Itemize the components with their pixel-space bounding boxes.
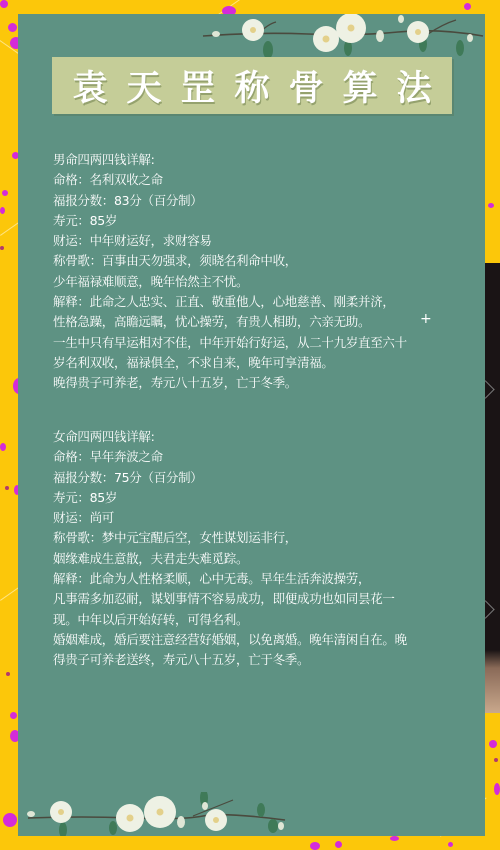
fate-type: 命格：早年奔波之命 [53, 447, 407, 467]
decor-dot [6, 672, 10, 676]
decor-dot [10, 712, 17, 719]
title-banner: 袁天罡称骨算法 [52, 57, 452, 114]
fate-type: 命格：名利双收之命 [53, 170, 407, 190]
decor-dot [494, 783, 500, 795]
explanation-line: 解释：此命之人忠实、正直、敬重他人，心地慈善、刚柔并济， [53, 292, 407, 312]
explanation-line: 解释：此命为人性格柔顺，心中无毒。早年生活奔波操劳， [53, 569, 407, 589]
explanation-line: 晚得贵子可养老，寿元八十五岁，亡于冬季。 [53, 373, 407, 393]
decor-dot [2, 190, 8, 196]
page-title: 袁天罡称骨算法 [53, 61, 450, 111]
wealth: 财运：中年财运好，求财容易 [53, 231, 407, 251]
explanation-line: 得贵子可养老送终，寿元八十五岁，亡于冬季。 [53, 650, 407, 670]
explanation-line: 婚姻难成，婚后要注意经营好婚姻，以免离婚。晚年清闲自在。晚 [53, 630, 407, 650]
explanation-line: 一生中只有早运相对不佳，中年开始行好运，从二十九岁直至六十 [53, 333, 407, 353]
wealth: 财运：尚可 [53, 508, 407, 528]
decor-dot [3, 813, 17, 827]
explanation-line: 性格急躁，高瞻远瞩，忧心操劳，有贵人相助，六亲无助。 [53, 312, 407, 332]
background-photo-strip [485, 263, 500, 713]
lifespan: 寿元：85岁 [53, 488, 407, 508]
decor-dot [489, 740, 497, 748]
poem-line-1: 称骨歌：百事由天勿强求，须晓名利命中收， [53, 251, 407, 271]
section-heading: 男命四两四钱详解: [53, 150, 407, 170]
poem-line-1: 称骨歌：梦中元宝醒后空，女性谋划运非行， [53, 528, 407, 548]
male-reading-section: 男命四两四钱详解: 命格：名利双收之命 福报分数：83分（百分制） 寿元：85岁… [53, 150, 407, 394]
flower-branch-icon [23, 792, 293, 836]
explanation-line: 现。中年以后开始好转，可得名利。 [53, 610, 407, 630]
decor-dot [5, 486, 9, 490]
decor-dot [310, 842, 320, 850]
decor-dot [8, 23, 17, 32]
decor-dot [448, 842, 453, 847]
decor-dot [494, 758, 498, 762]
decor-dot [0, 246, 4, 250]
decor-dot [335, 841, 342, 848]
decor-dot [488, 203, 494, 208]
content-panel: 袁天罡称骨算法 男命四两四钱详解: 命格：名利双收之命 福报分数：83分（百分制… [18, 14, 485, 836]
fortune-score: 福报分数：83分（百分制） [53, 191, 407, 211]
section-heading: 女命四两四钱详解: [53, 427, 407, 447]
poem-line-2: 少年福禄难顺意，晚年怡然主不忧。 [53, 272, 407, 292]
female-reading-section: 女命四两四钱详解: 命格：早年奔波之命 福报分数：75分（百分制） 寿元：85岁… [53, 427, 407, 671]
explanation-line: 岁名利双收，福禄俱全，不求自来，晚年可享清福。 [53, 353, 407, 373]
decor-dot [0, 207, 5, 214]
decor-dot [464, 3, 471, 10]
poem-line-2: 姻缘难成生意散，夫君走失难觅踪。 [53, 549, 407, 569]
decor-dot [390, 836, 399, 841]
decor-dot [0, 443, 6, 451]
plus-cursor-icon: + [420, 311, 432, 327]
flower-branch-icon [198, 14, 488, 58]
lifespan: 寿元：85岁 [53, 211, 407, 231]
fortune-score: 福报分数：75分（百分制） [53, 468, 407, 488]
decor-dot [0, 0, 8, 8]
explanation-line: 凡事需多加忍耐，谋划事情不容易成功，即便成功也如同昙花一 [53, 589, 407, 609]
